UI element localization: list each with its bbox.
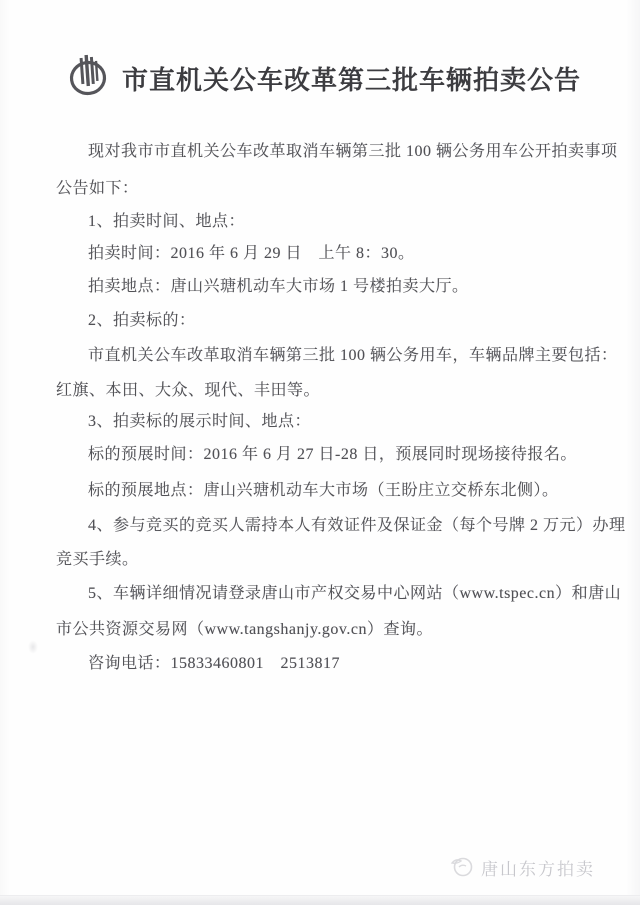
preview-time-line: 标的预展时间：2016 年 6 月 27 日-28 日，预展同时现场接待报名。 <box>88 441 577 464</box>
auction-place-line: 拍卖地点：唐山兴瑭机动车大市场 1 号楼拍卖大厅。 <box>88 273 469 296</box>
body-line: 竞买手续。 <box>56 546 139 569</box>
body-line: 市公共资源交易网（www.tangshanjy.gov.cn）查询。 <box>56 616 433 639</box>
body-line: 市直机关公车改革取消车辆第三批 100 辆公务用车，车辆品牌主要包括： <box>88 342 618 365</box>
pillars-emblem-icon <box>66 52 112 100</box>
contact-phone-line: 咨询电话：15833460801 2513817 <box>88 650 340 673</box>
scan-bottom-edge <box>0 895 640 905</box>
body-line: 红旗、本田、大众、现代、丰田等。 <box>56 377 320 400</box>
swirl-logo-icon <box>449 854 475 880</box>
document-header: 市直机关公车改革第三批车辆拍卖公告 <box>66 52 581 100</box>
page-title: 市直机关公车改革第三批车辆拍卖公告 <box>122 60 581 97</box>
section-2-heading: 2、拍卖标的： <box>88 307 196 330</box>
watermark-text: 唐山东方拍卖 <box>481 855 595 880</box>
section-3-heading: 3、拍卖标的展示时间、地点： <box>88 408 311 431</box>
watermark: 唐山东方拍卖 <box>449 854 595 880</box>
body-line: 现对我市市直机关公车改革取消车辆第三批 100 辆公务用车公开拍卖事项 <box>88 138 618 161</box>
section-4-line: 4、参与竞买的竞买人需持本人有效证件及保证金（每个号牌 2 万元）办理 <box>88 512 626 535</box>
section-1-heading: 1、拍卖时间、地点： <box>88 208 245 231</box>
auction-time-line: 拍卖时间：2016 年 6 月 29 日 上午 8：30。 <box>88 240 415 263</box>
section-5-line: 5、车辆详细情况请登录唐山市产权交易中心网站（www.tspec.cn）和唐山 <box>88 580 621 603</box>
scan-smudge <box>28 640 38 654</box>
body-line: 公告如下： <box>56 175 139 198</box>
preview-place-line: 标的预展地点：唐山兴瑭机动车大市场（王盼庄立交桥东北侧）。 <box>88 477 559 500</box>
